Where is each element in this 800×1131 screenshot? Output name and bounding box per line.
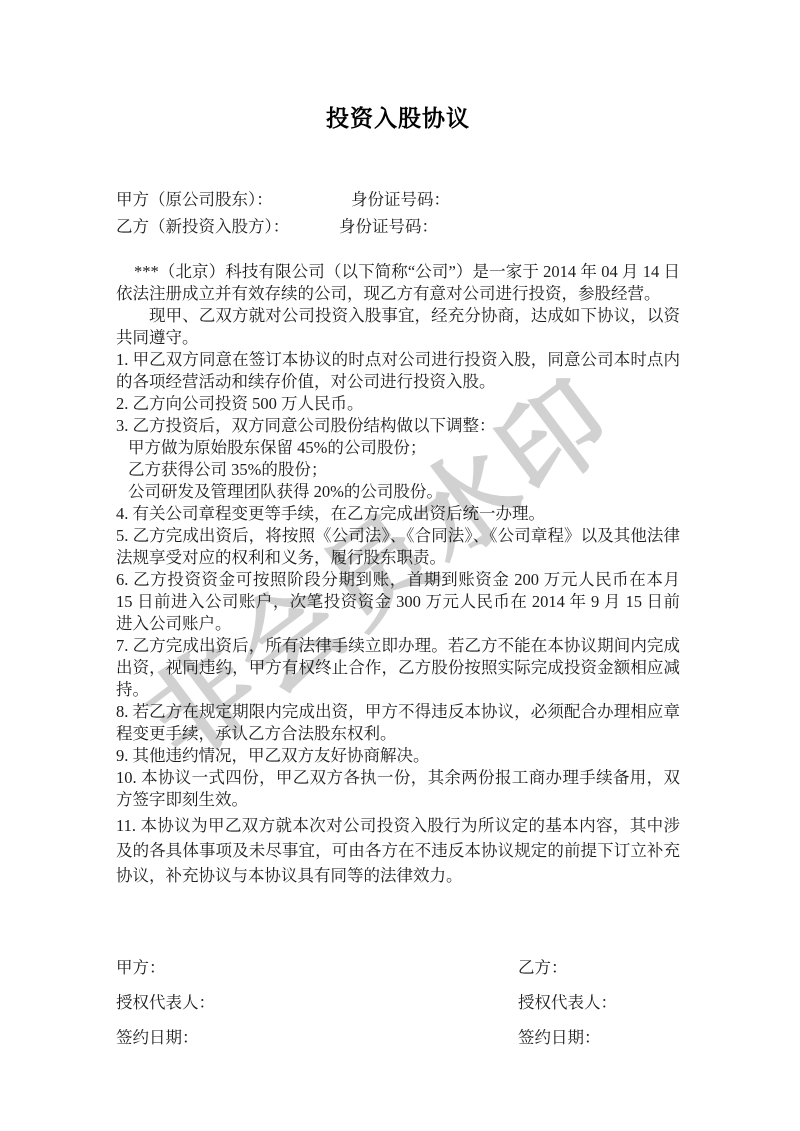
intro-paragraph: ***（北京）科技有限公司（以下简称“公司”）是一家于 2014 年 04 月 … (116, 261, 680, 305)
clause-paragraph: 9. 其他违约情况，甲乙双方友好协商解决。 (116, 745, 680, 767)
intro-paragraph: 现甲、乙双方就对公司投资入股事宜，经充分协商，达成如下协议，以资共同遵守。 (116, 305, 680, 349)
clause-paragraph: 3. 乙方投资后，双方同意公司股份结构做以下调整： (116, 415, 680, 437)
signature-field-label: 甲方： (116, 950, 398, 985)
clause-paragraph: 8. 若乙方在规定期限内完成出资，甲方不得违反本协议，必须配合办理相应章程变更手… (116, 701, 680, 745)
signature-field-label: 乙方： (518, 950, 680, 985)
clause-paragraph: 2. 乙方向公司投资 500 万人民币。 (116, 393, 680, 415)
signature-column-party-a: 甲方： 授权代表人： 签约日期： (116, 950, 398, 1055)
id-number-label: 身份证号码： (351, 186, 450, 213)
party-label: 乙方（新投资入股方）： (116, 217, 289, 236)
parties-section: 甲方（原公司股东）： 身份证号码： 乙方（新投资入股方）： 身份证号码： (116, 186, 680, 240)
contract-document-page: 非会员水印 投资入股协议 甲方（原公司股东）： 身份证号码： 乙方（新投资入股方… (0, 0, 800, 1131)
clause-paragraph: 公司研发及管理团队获得 20%的公司股份。 (116, 481, 680, 503)
signature-field-label: 授权代表人： (116, 985, 398, 1020)
party-row: 甲方（原公司股东）： 身份证号码： (116, 186, 680, 213)
signature-field-label: 签约日期： (116, 1020, 398, 1055)
signature-field-label: 授权代表人： (518, 985, 680, 1020)
party-label: 甲方（原公司股东）： (116, 190, 273, 209)
document-title: 投资入股协议 (116, 103, 680, 133)
clause-paragraph: 乙方获得公司 35%的股份； (116, 459, 680, 481)
document-content: 投资入股协议 甲方（原公司股东）： 身份证号码： 乙方（新投资入股方）： 身份证… (116, 0, 680, 888)
id-number-label: 身份证号码： (339, 213, 438, 240)
clause-paragraph: 甲方做为原始股东保留 45%的公司股份； (116, 437, 680, 459)
signature-column-party-b: 乙方： 授权代表人： 签约日期： (398, 950, 680, 1055)
signature-section: 甲方： 授权代表人： 签约日期： 乙方： 授权代表人： 签约日期： (116, 950, 680, 1055)
clause-paragraph: 4. 有关公司章程变更等手续，在乙方完成出资后统一办理。 (116, 503, 680, 525)
party-row: 乙方（新投资入股方）： 身份证号码： (116, 213, 680, 240)
clauses-section: 1. 甲乙双方同意在签订本协议的时点对公司进行投资入股，同意公司本时点内的各项经… (116, 349, 680, 888)
clause-paragraph: 7. 乙方完成出资后，所有法律手续立即办理。若乙方不能在本协议期间内完成出资，视… (116, 635, 680, 701)
clause-paragraph: 6. 乙方投资资金可按照阶段分期到账，首期到账资金 200 万元人民币在本月 1… (116, 569, 680, 635)
signature-field-label: 签约日期： (518, 1020, 680, 1055)
clause-paragraph: 10. 本协议一式四份，甲乙双方各执一份，其余两份报工商办理手续备用，双方签字即… (116, 767, 680, 811)
clause-paragraph: 11. 本协议为甲乙双方就本次对公司投资入股行为所议定的基本内容，其中涉及的各具… (116, 813, 680, 888)
clause-paragraph: 5. 乙方完成出资后，将按照《公司法》、《合同法》、《公司章程》以及其他法律法规… (116, 525, 680, 569)
intro-section: ***（北京）科技有限公司（以下简称“公司”）是一家于 2014 年 04 月 … (116, 261, 680, 349)
clause-paragraph: 1. 甲乙双方同意在签订本协议的时点对公司进行投资入股，同意公司本时点内的各项经… (116, 349, 680, 393)
